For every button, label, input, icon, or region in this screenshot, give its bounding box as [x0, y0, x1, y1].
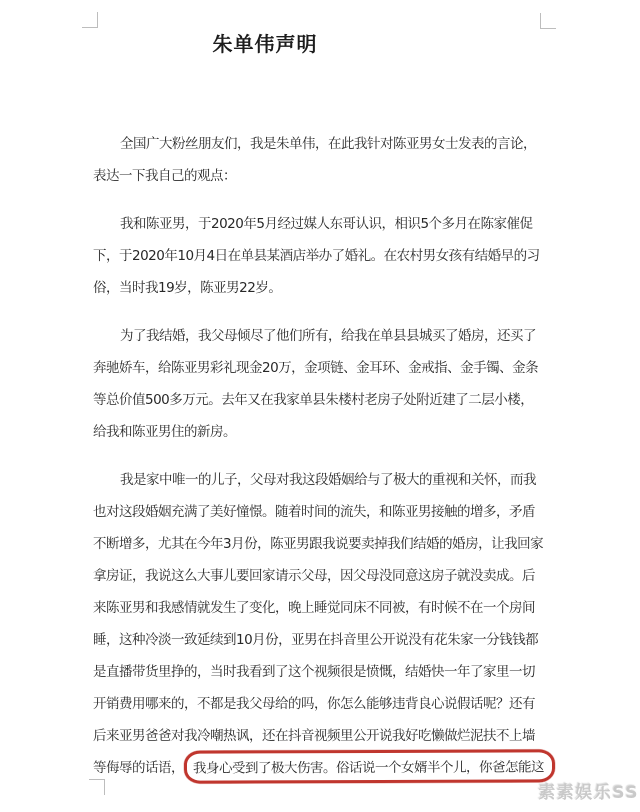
paragraph-marriage: 我和陈亚男，于2020年5月经过媒人东哥认识，相识5个多月在陈家催促 下，于20… — [93, 208, 573, 304]
paragraph-intro: 全国广大粉丝朋友们，我是朱单伟，在此我针对陈亚男女士发表的言论， 表达一下我自己… — [93, 128, 573, 192]
red-oval-annotation: 我身心受到了极大伤害。俗话说一个女婿半个儿，你爸怎能这 — [184, 749, 555, 783]
watermark: 素素娱乐SS — [538, 778, 639, 803]
paragraph-conflict: 我是家中唯一的儿子，父母对我这段婚姻给与了极大的重视和关怀，而我 也对这段婚姻充… — [93, 464, 573, 784]
text-line: 表达一下我自己的观点： — [93, 160, 573, 192]
document-page: 朱单伟声明 全国广大粉丝朋友们，我是朱单伟，在此我针对陈亚男女士发表的言论， 表… — [0, 0, 640, 812]
text-line: 开销费用哪来的，不都是我父母给的吗，你怎么能够违背良心说假话呢？还有 — [93, 688, 573, 720]
statement-title: 朱单伟声明 — [0, 28, 530, 57]
text-line: 睡，这种冷淡一致延续到10月份，亚男在抖音里公开说没有花朱家一分钱钱都 — [93, 624, 573, 656]
text-line: 也对这段婚姻充满了美好憧憬。随着时间的流失，和陈亚男接触的增多，矛盾 — [93, 496, 573, 528]
text-line: 为了我结婚，我父母倾尽了他们所有，给我在单县县城买了婚房，还买了 — [93, 320, 573, 352]
text-line: 我和陈亚男，于2020年5月经过媒人东哥认识，相识5个多月在陈家催促 — [93, 208, 573, 240]
page-corner-mark-top-right — [540, 13, 556, 29]
text-segment: 等侮辱的话语， — [93, 760, 184, 776]
text-line: 我是家中唯一的儿子，父母对我这段婚姻给与了极大的重视和关怀，而我 — [93, 464, 573, 496]
text-line: 来陈亚男和我感情就发生了变化，晚上睡觉同床不同被，有时候不在一个房间 — [93, 592, 573, 624]
statement-body: 全国广大粉丝朋友们，我是朱单伟，在此我针对陈亚男女士发表的言论， 表达一下我自己… — [93, 128, 573, 784]
text-line: 给我和陈亚男住的新房。 — [93, 416, 573, 448]
text-line: 拿房证，我说这么大事儿要回家请示父母，因父母没同意这房子就没卖成。后 — [93, 560, 573, 592]
text-line: 等总价值500多万元。去年又在我家单县朱楼村老房子处附近建了二层小楼， — [93, 384, 573, 416]
paragraph-dowry: 为了我结婚，我父母倾尽了他们所有，给我在单县县城买了婚房，还买了 奔驰娇车，给陈… — [93, 320, 573, 448]
text-line: 下，于2020年10月4日在单县某酒店举办了婚礼。在农村男女孩有结婚早的习 — [93, 240, 573, 272]
text-line: 不断增多，尤其在今年3月份，陈亚男跟我说要卖掉我们结婚的婚房，让我回家 — [93, 528, 573, 560]
text-line: 俗，当时我19岁，陈亚男22岁。 — [93, 272, 573, 304]
text-line-with-annotation: 等侮辱的话语，我身心受到了极大伤害。俗话说一个女婿半个儿，你爸怎能这 — [93, 752, 573, 784]
text-line: 全国广大粉丝朋友们，我是朱单伟，在此我针对陈亚男女士发表的言论， — [93, 128, 573, 160]
text-line: 是直播带货里挣的，当时我看到了这个视频很是愤慨，结婚快一年了家里一切 — [93, 656, 573, 688]
circled-text: 我身心受到了极大伤害。俗话说一个女婿半个儿，你爸怎能这 — [193, 759, 544, 776]
text-line: 后来亚男爸爸对我冷嘲热讽，还在抖音视频里公开说我好吃懒做烂泥扶不上墙 — [93, 720, 573, 752]
page-corner-mark-top-left — [82, 12, 98, 28]
text-line: 奔驰娇车，给陈亚男彩礼现金20万，金项链、金耳环、金戒指、金手镯、金条 — [93, 352, 573, 384]
